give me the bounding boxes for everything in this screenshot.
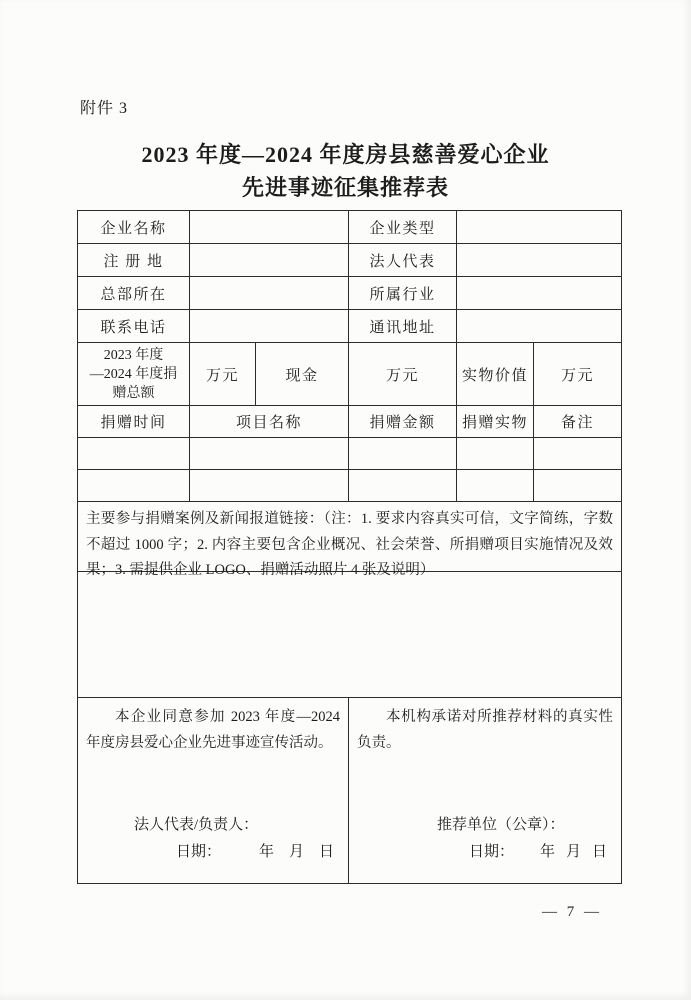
- legal-representative-signature-label: 法人代表/负责人：: [134, 812, 334, 839]
- industry-value-cell: [457, 277, 621, 310]
- mailing-address-value-cell: [457, 310, 621, 343]
- cash-label: 现金: [256, 343, 349, 406]
- recommender-declaration-text: 本机构承诺对所推荐材料的真实性负责。: [349, 698, 621, 756]
- project-name-header: 项目名称: [190, 406, 349, 438]
- donation-total-label: 2023 年度 —2024 年度捐 赠总额: [78, 343, 190, 406]
- info-row-company-name: 企业名称 企业类型: [78, 211, 621, 244]
- in-kind-value-label: 实物价值: [457, 343, 534, 406]
- form-title-line2: 先进事迹征集推荐表: [0, 171, 691, 204]
- form-title: 2023 年度—2024 年度房县慈善爱心企业 先进事迹征集推荐表: [0, 138, 691, 204]
- recommender-signature-block: 推荐单位（公章）： 日期：年月日: [437, 812, 607, 866]
- declaration-row: 本企业同意参加 2023 年度—2024 年度房县爱心企业先进事迹宣传活动。 法…: [78, 698, 621, 883]
- day-label: 日: [592, 844, 607, 860]
- registration-place-value-cell: [190, 244, 349, 277]
- donation-record-empty-row: [78, 438, 621, 470]
- remarks-header: 备注: [534, 406, 621, 438]
- case-writein-area: [78, 572, 621, 698]
- empty-cell: [457, 438, 534, 470]
- recommending-unit-seal-label: 推荐单位（公章）：: [437, 812, 607, 839]
- form-title-line1: 2023 年度—2024 年度房县慈善爱心企业: [0, 138, 691, 171]
- headquarters-label: 总部所在: [78, 277, 190, 310]
- legal-representative-label: 法人代表: [349, 244, 457, 277]
- case-and-news-links-note: 主要参与捐赠案例及新闻报道链接：（注：1. 要求内容真实可信，文字简练，字数不超…: [78, 502, 621, 572]
- page-number: — 7 —: [542, 904, 602, 921]
- empty-cell: [190, 470, 349, 502]
- year-label: 年: [259, 844, 274, 860]
- donation-total-label-line2: —2024 年度捐: [90, 365, 178, 384]
- donation-total-unit: 万元: [190, 343, 256, 406]
- donation-in-kind-header: 捐赠实物: [457, 406, 534, 438]
- empty-cell: [78, 438, 190, 470]
- donation-time-header: 捐赠时间: [78, 406, 190, 438]
- recommender-date-label: 日期：: [469, 844, 514, 860]
- company-type-value-cell: [457, 211, 621, 244]
- headquarters-value-cell: [190, 277, 349, 310]
- in-kind-unit: 万元: [534, 343, 621, 406]
- donation-total-label-line3: 赠总额: [113, 384, 155, 403]
- recommendation-form-table: 企业名称 企业类型 注 册 地 法人代表 总部所在 所属行业 联系电话 通讯地址: [77, 210, 622, 884]
- industry-label: 所属行业: [349, 277, 457, 310]
- empty-cell: [190, 438, 349, 470]
- year-label: 年: [540, 844, 555, 860]
- info-row-headquarters: 总部所在 所属行业: [78, 277, 621, 310]
- empty-cell: [349, 470, 457, 502]
- info-row-contact: 联系电话 通讯地址: [78, 310, 621, 343]
- donation-record-empty-row: [78, 470, 621, 502]
- company-type-label: 企业类型: [349, 211, 457, 244]
- donation-record-header-row: 捐赠时间 项目名称 捐赠金额 捐赠实物 备注: [78, 406, 621, 438]
- recommender-date-line: 日期：年月日: [469, 839, 607, 866]
- empty-cell: [534, 438, 621, 470]
- empty-cell: [534, 470, 621, 502]
- empty-cell: [457, 470, 534, 502]
- donation-amount-header: 捐赠金额: [349, 406, 457, 438]
- company-date-line: 日期：年月日: [176, 839, 334, 866]
- month-label: 月: [289, 844, 304, 860]
- donation-total-row: 2023 年度 —2024 年度捐 赠总额 万元 现金 万元 实物价值 万元: [78, 343, 621, 406]
- document-page: 附件 3 2023 年度—2024 年度房县慈善爱心企业 先进事迹征集推荐表 企…: [0, 0, 691, 1000]
- registration-place-label: 注 册 地: [78, 244, 190, 277]
- info-row-registration: 注 册 地 法人代表: [78, 244, 621, 277]
- case-writein-row: [78, 572, 621, 698]
- company-name-label: 企业名称: [78, 211, 190, 244]
- phone-label: 联系电话: [78, 310, 190, 343]
- mailing-address-label: 通讯地址: [349, 310, 457, 343]
- legal-representative-value-cell: [457, 244, 621, 277]
- company-name-value-cell: [190, 211, 349, 244]
- recommender-declaration-cell: 本机构承诺对所推荐材料的真实性负责。 推荐单位（公章）： 日期：年月日: [349, 698, 621, 883]
- empty-cell: [349, 438, 457, 470]
- phone-value-cell: [190, 310, 349, 343]
- empty-cell: [78, 470, 190, 502]
- cash-unit: 万元: [349, 343, 457, 406]
- company-signature-block: 法人代表/负责人： 日期：年月日: [134, 812, 334, 866]
- attachment-label: 附件 3: [80, 95, 128, 118]
- company-declaration-cell: 本企业同意参加 2023 年度—2024 年度房县爱心企业先进事迹宣传活动。 法…: [78, 698, 349, 883]
- donation-total-label-line1: 2023 年度: [104, 346, 164, 365]
- month-label: 月: [566, 844, 581, 860]
- company-declaration-text: 本企业同意参加 2023 年度—2024 年度房县爱心企业先进事迹宣传活动。: [78, 698, 348, 756]
- note-row: 主要参与捐赠案例及新闻报道链接：（注：1. 要求内容真实可信，文字简练，字数不超…: [78, 502, 621, 572]
- day-label: 日: [319, 844, 334, 860]
- company-date-label: 日期：: [176, 844, 221, 860]
